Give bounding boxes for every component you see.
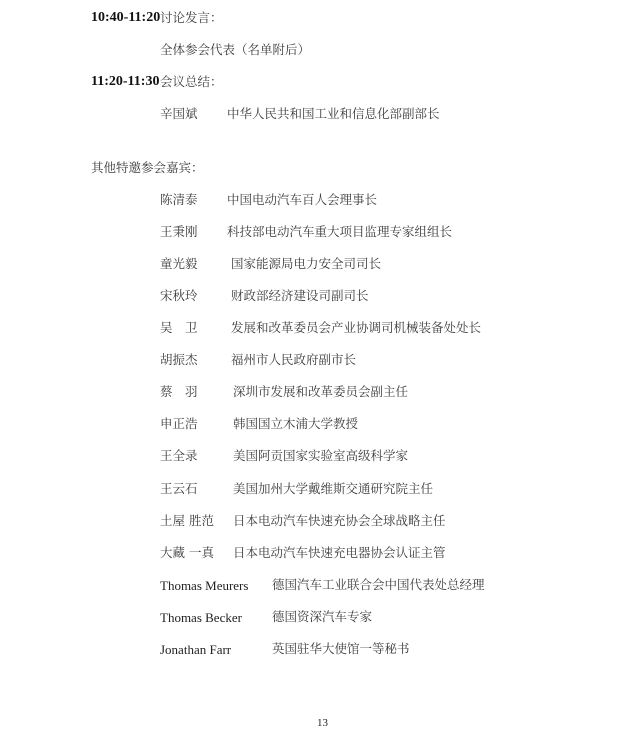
guest-title: 中国电动汽车百人会理事长 <box>227 194 377 207</box>
schedule-title: 会议总结： <box>160 76 223 89</box>
guest-title: 发展和改革委员会产业协调司机械装备处处长 <box>231 322 481 335</box>
guest-name: 王秉刚 <box>160 226 198 239</box>
guest-name: 王云石 <box>160 483 198 496</box>
guest-title: 英国驻华大使馆一等秘书 <box>272 643 410 656</box>
guest-name: Jonathan Farr <box>160 643 231 656</box>
guest-name: 童光毅 <box>160 258 198 271</box>
guest-title: 德国资深汽车专家 <box>272 611 372 624</box>
guest-title: 科技部电动汽车重大项目监理专家组组长 <box>227 226 452 239</box>
guest-name: 蔡 羽 <box>160 386 198 399</box>
guest-title: 德国汽车工业联合会中国代表处总经理 <box>272 579 485 592</box>
speaker-name: 辛国斌 <box>160 108 198 121</box>
guest-name: Thomas Becker <box>160 611 242 624</box>
guest-title: 财政部经济建设司副司长 <box>231 290 369 303</box>
guest-title: 福州市人民政府副市长 <box>231 354 356 367</box>
schedule-title: 讨论发言： <box>160 12 223 25</box>
schedule-time: 10:40-11:20 <box>91 11 160 25</box>
guest-name: 吴 卫 <box>160 322 198 335</box>
guest-title: 国家能源局电力安全司司长 <box>231 258 381 271</box>
page-number: 13 <box>317 718 328 729</box>
guest-name: Thomas Meurers <box>160 579 248 592</box>
guest-title: 美国阿贡国家实验室高级科学家 <box>233 450 408 463</box>
guest-name: 王全录 <box>160 450 198 463</box>
schedule-time: 11:20-11:30 <box>91 75 159 89</box>
schedule-detail: 全体参会代表（名单附后） <box>160 44 310 57</box>
guest-name: 胡振杰 <box>160 354 198 367</box>
guest-title: 韩国国立木浦大学教授 <box>233 418 358 431</box>
guest-title: 日本电动汽车快速充电器协会认证主管 <box>233 547 446 560</box>
guests-heading: 其他特邀参会嘉宾： <box>91 162 204 175</box>
speaker-title: 中华人民共和国工业和信息化部副部长 <box>227 108 440 121</box>
guest-name: 申正浩 <box>160 418 198 431</box>
guest-name: 大藏 一真 <box>160 547 214 560</box>
guest-name: 宋秋玲 <box>160 290 198 303</box>
guest-title: 美国加州大学戴维斯交通研究院主任 <box>233 483 433 496</box>
guest-name: 陈清泰 <box>160 194 198 207</box>
guest-title: 日本电动汽车快速充协会全球战略主任 <box>233 515 446 528</box>
guest-title: 深圳市发展和改革委员会副主任 <box>233 386 408 399</box>
guest-name: 土屋 胜范 <box>160 515 214 528</box>
